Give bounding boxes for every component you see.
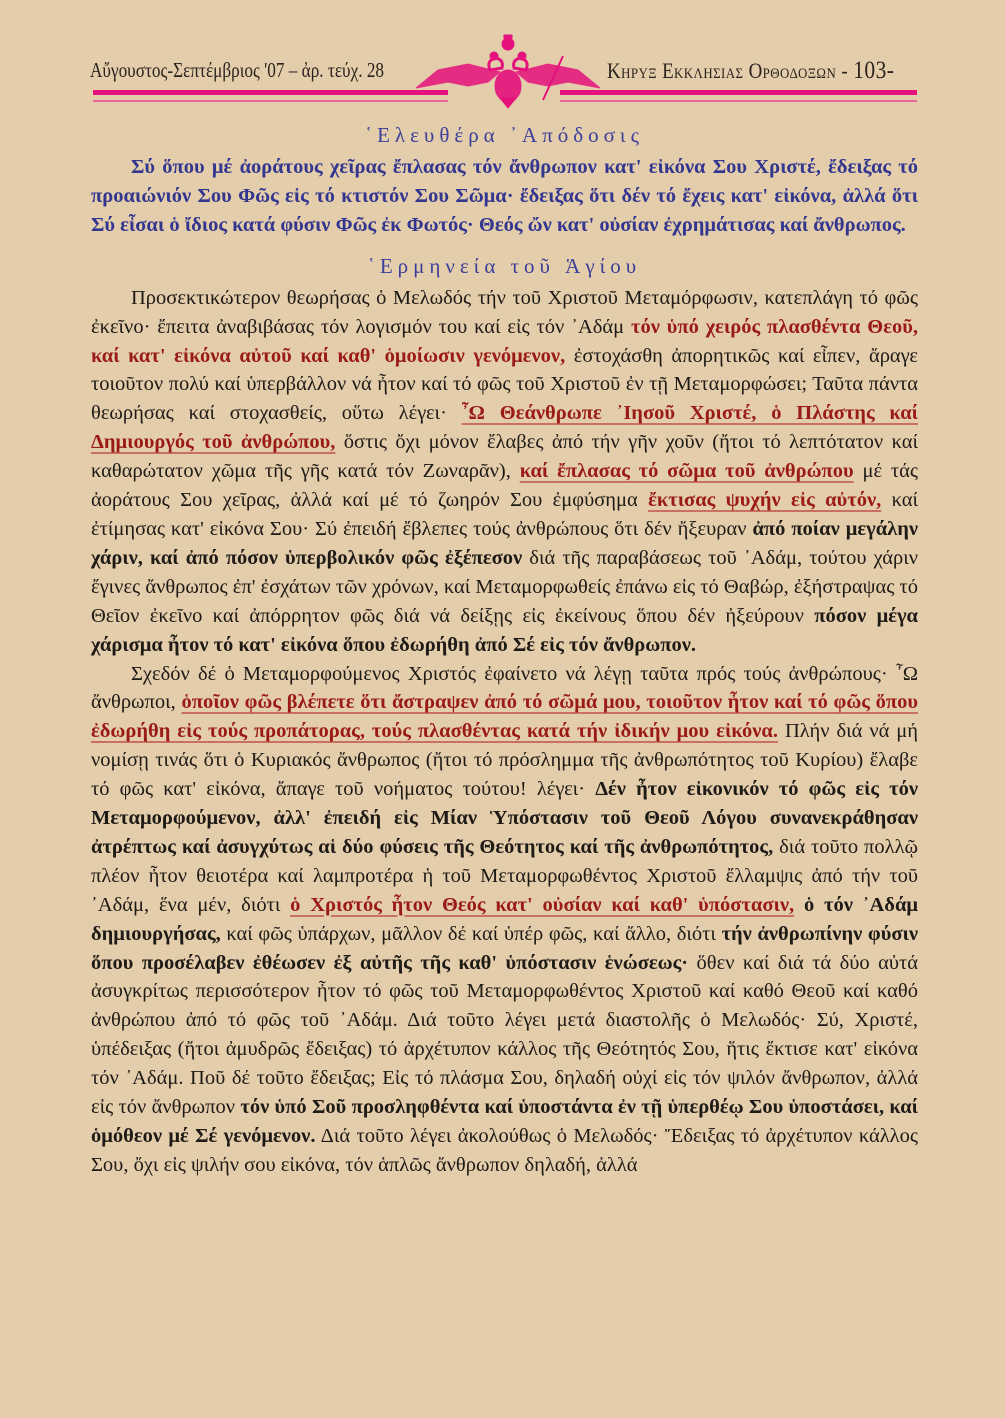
header-rule-right-thin xyxy=(560,100,917,102)
page-header: Αὔγουστος-Σεπτέμβριος '07 – ἀρ. τεύχ. 28… xyxy=(0,0,1005,115)
highlight-red-underlined: ἔκτισας ψυχήν εἰς αὐτόν, xyxy=(648,489,881,511)
page-number: 103- xyxy=(853,57,894,84)
header-rule-left xyxy=(93,90,448,95)
journal-name: Κηρυξ Εκκλησιας Ορθοδοξων xyxy=(607,58,836,83)
header-rule-right xyxy=(560,90,917,95)
issue-date: Αὔγουστος-Σεπτέμβριος '07 – ἀρ. τεύχ. 28 xyxy=(90,58,384,83)
free-translation-paragraph: Σύ ὅπου μέ ἀοράτους χεῖρας ἔπλασας τόν ἄ… xyxy=(91,153,918,240)
article-body: ῾Ελευθέρα ᾿Απόδοσις Σύ ὅπου μέ ἀοράτους … xyxy=(91,115,918,1180)
interpretation-paragraph-2: Σχεδόν δέ ὁ Μεταμορφούμενος Χριστός ἐφαί… xyxy=(91,660,918,1180)
header-rule-left-thin xyxy=(93,100,448,102)
section-title-free-translation: ῾Ελευθέρα ᾿Απόδοσις xyxy=(91,121,918,149)
highlight-red-underlined: καί ἔπλασας τό σῶμα τοῦ ἀνθρώπου xyxy=(520,460,854,482)
interpretation-paragraph-1: Προσεκτικώτερον θεωρήσας ὁ Μελωδός τήν τ… xyxy=(91,284,918,660)
journal-title: Κηρυξ Εκκλησιας Ορθοδοξων - 103- xyxy=(607,57,894,85)
section-title-interpretation: ῾Ερμηνεία τοῦ Ἁγίου xyxy=(91,252,918,280)
double-headed-eagle-icon xyxy=(408,30,608,110)
highlight-red-underlined: ὁ Χριστός ἦτον Θεός κατ' οὐσίαν καί καθ'… xyxy=(290,894,794,916)
